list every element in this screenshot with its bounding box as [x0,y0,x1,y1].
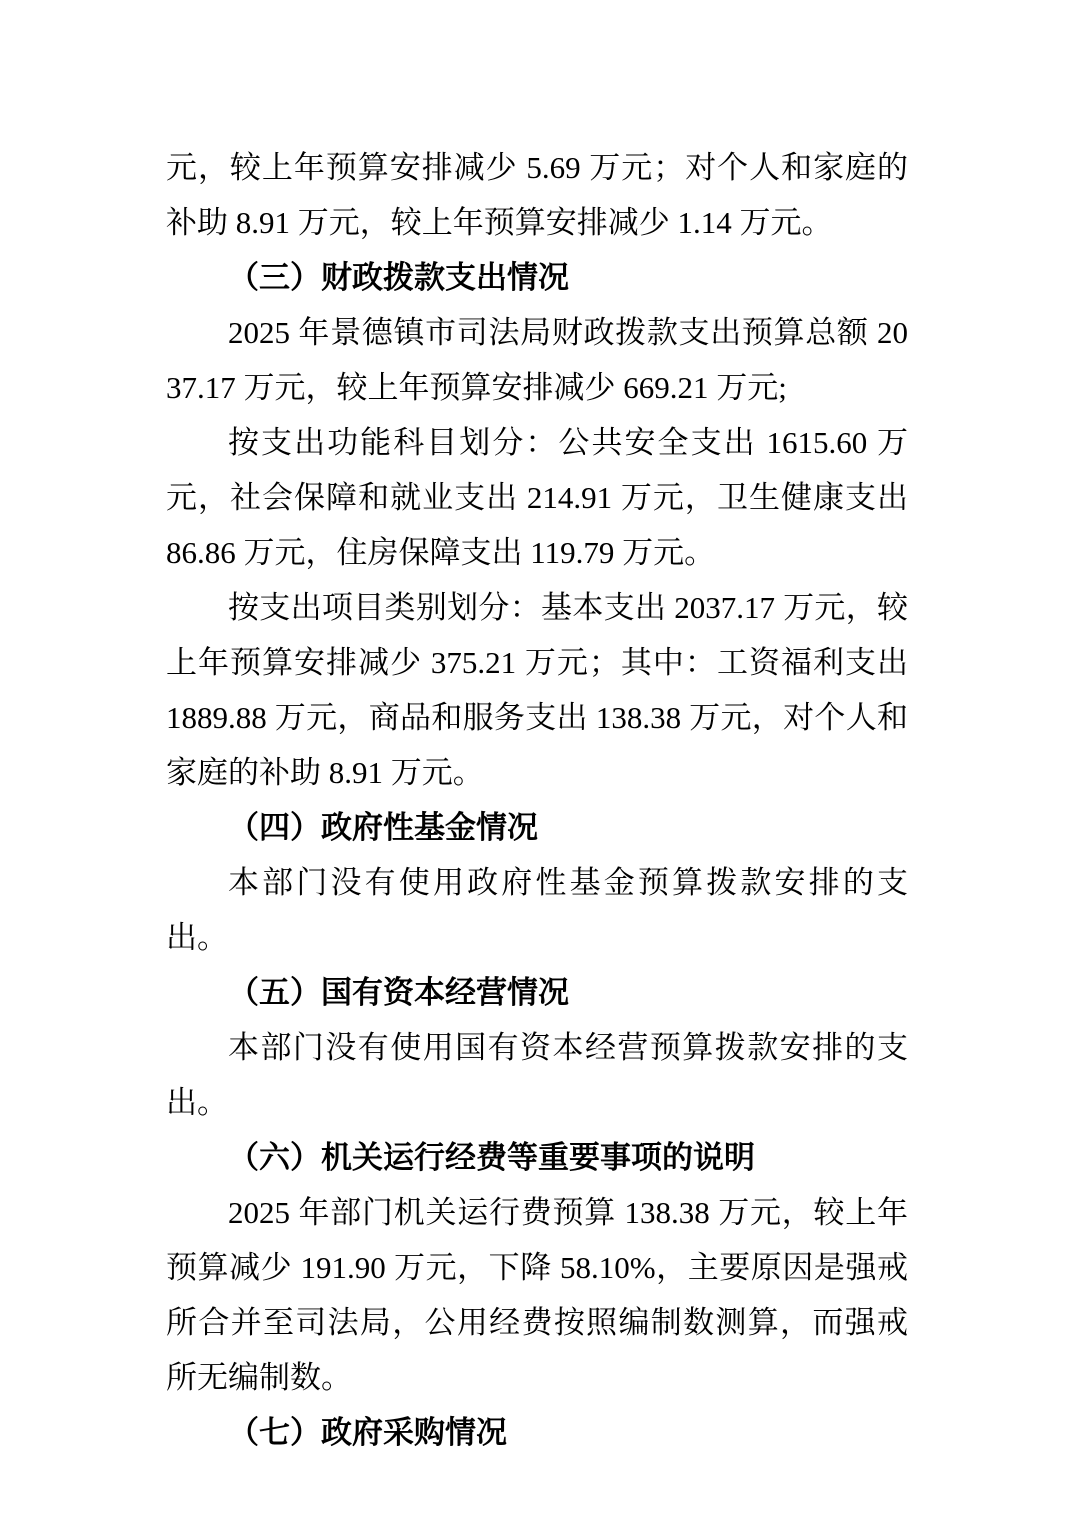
section-heading: （七）政府采购情况 [166,1405,908,1460]
paragraph: 元，较上年预算安排减少 5.69 万元；对个人和家庭的补助 8.91 万元，较上… [166,140,908,250]
paragraph: 2025 年部门机关运行费预算 138.38 万元，较上年预算减少 191.90… [166,1185,908,1405]
paragraph: 2025 年景德镇市司法局财政拨款支出预算总额 2037.17 万元，较上年预算… [166,305,908,415]
document-body: 元，较上年预算安排减少 5.69 万元；对个人和家庭的补助 8.91 万元，较上… [166,140,908,1460]
paragraph: 本部门没有使用政府性基金预算拨款安排的支出。 [166,855,908,965]
section-heading: （四）政府性基金情况 [166,800,908,855]
paragraph: 本部门没有使用国有资本经营预算拨款安排的支出。 [166,1020,908,1130]
section-heading: （五）国有资本经营情况 [166,965,908,1020]
document-page: 元，较上年预算安排减少 5.69 万元；对个人和家庭的补助 8.91 万元，较上… [0,0,1074,1520]
section-heading: （三）财政拨款支出情况 [166,250,908,305]
section-heading: （六）机关运行经费等重要事项的说明 [166,1130,908,1185]
paragraph: 按支出项目类别划分：基本支出 2037.17 万元，较上年预算安排减少 375.… [166,580,908,800]
paragraph: 按支出功能科目划分：公共安全支出 1615.60 万元，社会保障和就业支出 21… [166,415,908,580]
